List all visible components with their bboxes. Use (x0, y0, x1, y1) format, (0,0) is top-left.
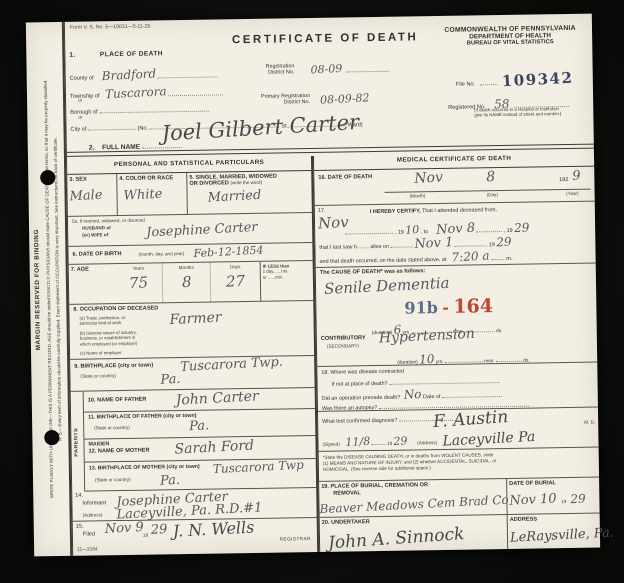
undertaker-address-value: LeRaysville, Pa. (510, 526, 615, 546)
undertaker-value: John A. Sinnock (327, 524, 465, 553)
registrar-label: REGISTRAR (280, 536, 311, 541)
registrar-signature: J. N. Wells (172, 518, 254, 541)
mother-label: 12. NAME OF MOTHER (89, 448, 150, 455)
father-birthplace-state-label: (State or country) (94, 425, 130, 431)
burial-date-label: DATE OF BURIAL (509, 480, 597, 487)
father-birthplace-label: 11. BIRTHPLACE OF FATHER (city or town) (88, 413, 197, 421)
no-label: (No. (137, 126, 148, 132)
primary-registration-value: 08-09-82 (320, 91, 370, 106)
burial-row: 19. PLACE OF BURIAL, CREMATION OR REMOVA… (319, 478, 600, 518)
classification-stamp: 91b - 164 (404, 295, 493, 318)
spouse-value: Josephine Carter (146, 220, 258, 241)
burial-date-cell: DATE OF BURIAL Nov 10 19 29 (507, 478, 600, 514)
occupation-a-label: (a) Trade, profession, or particular kin… (79, 315, 125, 326)
parents-group: PARENTS 10. NAME OF FATHER John Carter 1… (71, 388, 317, 492)
file-no-stamp: 109342 (502, 69, 574, 91)
maiden-label: MAIDEN (88, 441, 109, 447)
race-value: White (123, 187, 163, 204)
undertaker-address-label: ADDRESS (510, 516, 598, 523)
contributory-duration-value: 10 (419, 352, 435, 367)
form-number: Form V. S. No. 5—10031—5-11-25 (70, 24, 151, 31)
footnote-block: *State the DISEASE CAUSING DEATH, or in … (319, 448, 599, 482)
occupation-c-label: (c) Name of employer (80, 350, 121, 356)
father-value: John Carter (175, 388, 259, 408)
burial-place-cell: 19. PLACE OF BURIAL, CREMATION OR REMOVA… (319, 479, 508, 517)
photo-background: MARGIN RESERVED FOR BINDING WRITE PLAINL… (0, 0, 624, 583)
father-label: 10. NAME OF FATHER (88, 397, 147, 404)
certify-statement: I HEREBY CERTIFY, That I attended deceas… (370, 207, 497, 215)
age-months-label: Months (165, 265, 208, 271)
mother-value: Sarah Ford (174, 438, 254, 458)
race-cell: 4. COLOR OR RACE White (117, 173, 188, 215)
personal-column: PERSONAL AND STATISTICAL PARTICULARS 3. … (67, 156, 319, 556)
borough-label: Borough of (70, 109, 97, 115)
primary-registration-label: Primary Registration District No. (261, 93, 310, 107)
attended-to-year: 29 (514, 220, 530, 235)
mother-birthplace-state-label: (State or country) (95, 477, 131, 483)
attended-from-year: 10 (405, 223, 420, 237)
birthplace-state-value: Pa. (160, 372, 181, 388)
mother-birthplace-value: Tuscarora Twp (213, 458, 305, 477)
occupation-label: 8. OCCUPATION OF DECEASED (73, 305, 158, 312)
agency-line3: BUREAU OF VITAL STATISTICS (431, 39, 589, 47)
father-birthplace-row: 11. BIRTHPLACE OF FATHER (city or town) … (84, 409, 315, 440)
undertaker-address-cell: ADDRESS LeRaysville, Pa. (508, 514, 601, 549)
certify-number: 17. (318, 208, 326, 214)
file-no-field: File No. 109342 (456, 70, 574, 91)
section1-label: PLACE OF DEATH (100, 50, 163, 58)
death-year-printed: 192 (559, 177, 568, 183)
parents-label: PARENTS (74, 427, 80, 456)
signature-row: What test confirmed diagnosis? F. Austin… (318, 408, 599, 452)
dob-value: Feb-12-1854 (193, 244, 264, 261)
age-label: 7. AGE (71, 266, 113, 273)
md-label: M. D. (584, 420, 595, 425)
informant-label: Informant (82, 500, 106, 506)
informant-row: 14. Informant Josephine Carter (Address)… (72, 488, 316, 522)
death-month-value: Nov (414, 169, 443, 186)
filed-year-printed: 19 (143, 533, 148, 538)
age-years-label: Years (117, 265, 160, 271)
birthplace-label: 9. BIRTHPLACE (city or town) (74, 363, 153, 370)
occupation-row: 8. OCCUPATION OF DECEASED (a) Trade, pro… (69, 301, 314, 360)
marital-label: 5. SINGLE, MARRIED, WIDOWED OR DIVORCED … (189, 173, 309, 188)
physician-address-value: Laceyville Pa (442, 429, 536, 450)
age-days-value: 27 (225, 272, 245, 291)
agency-block: COMMONWEALTH OF PENNSYLVANIA DEPARTMENT … (431, 25, 589, 47)
spouse-label-2: HUSBAND of (82, 225, 111, 230)
sex-label: 3. SEX (69, 176, 114, 183)
spouse-label-3: (or) WIFE of (82, 232, 108, 237)
question18-row: 18. Where was disease contracted if not … (317, 363, 598, 412)
undertaker-row: 20. UNDERTAKER John A. Sinnock ADDRESS L… (320, 514, 600, 552)
plate-number: 11—3184 (77, 547, 98, 552)
township-value: Tuscarora (105, 84, 167, 101)
certification-row: 17. Nov I HEREBY CERTIFY, That I attende… (315, 201, 596, 267)
age-years-cell: Years 75 (115, 263, 164, 303)
city-line (88, 122, 136, 131)
month-caption: (Month) (410, 193, 426, 198)
undertaker-label: 20. UNDERTAKER (322, 517, 505, 526)
date-of-death-label: 16. DATE OF DEATH (318, 174, 372, 181)
or2-label: or (78, 115, 82, 120)
father-birthplace-state-value: Pa. (189, 418, 210, 434)
county-line (157, 69, 217, 78)
spouse-row: 5a. If married, widowed, or divorced HUS… (68, 213, 312, 247)
age-months-value: 8 (181, 273, 191, 291)
death-occurred-line: and that death occurred, on the date sta… (319, 249, 512, 266)
cause-of-death-row: The CAUSE OF DEATH* was as follows: Seni… (316, 263, 598, 367)
mother-birthplace-row: 13. BIRTHPLACE OF MOTHER (city or town) … (85, 459, 316, 492)
age-days-cell: Days 27 (211, 262, 262, 302)
hospital-note: [If death occurred in a Hospital or Inst… (474, 106, 566, 118)
death-year-value: 9 (572, 169, 581, 184)
signed-line: (Signed) 11/8 19 29 (Address) Laceyville… (322, 431, 535, 450)
birthplace-row: 9. BIRTHPLACE (city or town) Tuscarora T… (70, 356, 314, 392)
cause-label: The CAUSE OF DEATH* was as follows: (320, 268, 426, 276)
registration-district-value: 08-09 (311, 62, 343, 77)
cause-value: Senile Dementia (324, 273, 450, 297)
mother-birthplace-state-value: Pa. (160, 473, 181, 489)
stamp-red-code: 164 (453, 295, 493, 318)
section1-heading: 1. PLACE OF DEATH (69, 50, 163, 58)
form-header: Form V. S. No. 5—10031—5-11-25 CERTIFICA… (65, 14, 594, 157)
county-label: County of (70, 75, 94, 81)
certificate-title: CERTIFICATE OF DEATH (205, 31, 445, 47)
filed-row: 15. Filed Nov 9 19 29 J. N. Wells REGIST… (73, 518, 318, 556)
age-days-label: Days (213, 264, 258, 270)
secondary-label: (SECONDARY) (327, 343, 359, 349)
day-caption: (Day) (487, 192, 498, 197)
occupation-a-value: Farmer (169, 310, 222, 329)
death-time-value: 7:20 a (452, 248, 491, 264)
file-no-label: File No. (456, 81, 475, 87)
contributory-label: CONTRIBUTORY (321, 335, 366, 342)
city-label: City of (70, 127, 86, 133)
filed-date-value: Nov 9 (104, 520, 144, 537)
birthplace-value: Tuscarora Twp. (180, 355, 283, 375)
year-caption: (Year) (566, 191, 578, 196)
burial-date-value: Nov 10 (509, 492, 557, 509)
sex-race-marital-row: 3. SEX Male 4. COLOR OR RACE White 5. SI… (67, 171, 312, 217)
last-saw-year: 29 (496, 234, 512, 249)
filed-number: 15. (76, 524, 84, 530)
occupation-b-label: (b) General nature of industry, business… (80, 330, 138, 347)
primary-registration-field: Primary Registration District No. 08-09-… (261, 89, 370, 109)
stamp-blue-code: 91b (404, 298, 438, 318)
marital-value: Married (207, 188, 261, 206)
marital-cell: 5. SINGLE, MARRIED, WIDOWED OR DIVORCED … (187, 171, 312, 214)
undertaker-cell: 20. UNDERTAKER John A. Sinnock (320, 515, 509, 552)
sex-value: Male (69, 188, 103, 205)
filed-year-value: 29 (150, 522, 167, 538)
marital-sub-label: (write the word) (230, 180, 262, 185)
informant-number: 14. (75, 493, 83, 499)
county-value: Bradford (101, 67, 156, 84)
if-less-cell: IF LESS than 1 day,......hrs. or ......m… (261, 261, 314, 301)
signed-date-value: 11/8 (345, 435, 370, 449)
registration-district-label: Registration District No. (266, 63, 295, 76)
q18-line1: 18. Where was disease contracted (321, 369, 404, 376)
age-label-cell: 7. AGE (69, 264, 116, 304)
death-day-value: 8 (486, 169, 496, 185)
township-line (168, 87, 223, 96)
date-of-death-row: 16. DATE OF DEATH Nov 8 192 9 (Month) (D… (314, 167, 595, 206)
spouse-label-1: 5a. If married, widowed, or divorced (72, 218, 145, 224)
form-columns: PERSONAL AND STATISTICAL PARTICULARS 3. … (67, 152, 600, 556)
race-label: 4. COLOR OR RACE (119, 175, 184, 182)
age-years-value: 75 (128, 273, 148, 292)
stamp-dash: - (442, 298, 449, 317)
birthplace-state-label: (State or country) (80, 373, 116, 379)
section1-number: 1. (69, 52, 75, 59)
signed-year-value: 29 (393, 435, 408, 449)
medical-column: MEDICAL CERTIFICATE OF DEATH 16. DATE OF… (313, 152, 600, 552)
age-row: 7. AGE Years 75 Months 8 Days (69, 261, 314, 305)
death-certificate: MARGIN RESERVED FOR BINDING WRITE PLAINL… (26, 14, 600, 557)
borough-line (99, 104, 209, 114)
physician-signature: F. Austin (433, 407, 509, 432)
registration-district-field: Registration District No. 08-09 (265, 59, 389, 79)
or1-label: or (78, 98, 82, 103)
burial-year-value: 29 (570, 492, 586, 507)
sex-cell: 3. SEX Male (67, 174, 118, 216)
age-months-cell: Months 8 (163, 263, 212, 303)
filed-label: Filed (83, 531, 95, 537)
county-field: County of Bradford (70, 66, 218, 82)
township-label: Township of (70, 93, 100, 99)
informant-address-label: (Address) (83, 512, 103, 517)
township-field: Township of Tuscarora (70, 84, 223, 100)
mother-birthplace-label: 13. BIRTHPLACE OF MOTHER (city or town) (89, 464, 200, 472)
dob-label: 6. DATE OF BIRTH (72, 251, 121, 258)
certificate-form: Form V. S. No. 5—10031—5-11-25 CERTIFICA… (64, 14, 600, 556)
dob-sub-label: (month, day, and year) (138, 251, 184, 257)
full-name-value: Joel Gilbert Carter (161, 110, 360, 146)
borough-field: Borough of (70, 104, 209, 116)
